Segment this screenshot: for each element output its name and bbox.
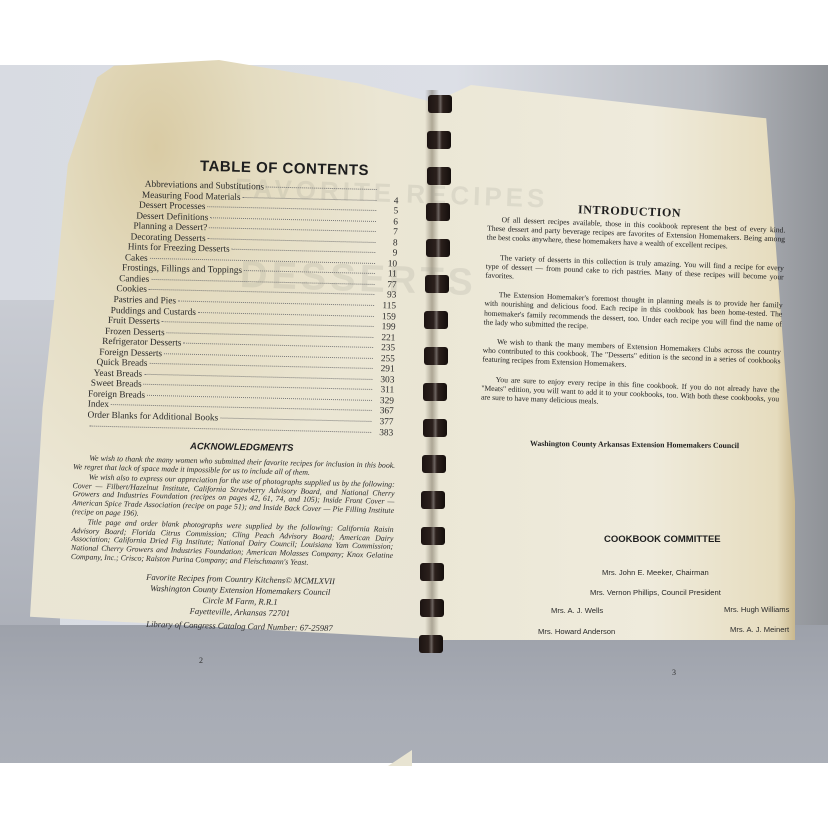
toc-leader-dots <box>144 384 372 390</box>
toc-entry-page: 9 <box>377 248 397 259</box>
spiral-coil <box>424 347 448 365</box>
ack-paragraph: We wish also to express our appreciation… <box>72 473 395 524</box>
toc-leader-dots <box>150 258 375 264</box>
toc-leader-dots <box>147 395 372 401</box>
toc-leader-dots <box>220 418 371 422</box>
paper-scrap <box>388 750 412 766</box>
intro-paragraph: The Extension Homemaker's foremost thoug… <box>484 290 783 338</box>
committee-chairman: Mrs. John E. Meeker, Chairman <box>602 568 709 577</box>
toc-leader-dots <box>164 353 373 359</box>
spiral-coil <box>420 563 444 581</box>
toc-leader-dots <box>207 206 376 211</box>
imprint: Favorite Recipes from Country Kitchens© … <box>109 571 370 635</box>
spiral-binding <box>418 95 458 695</box>
committee-president: Mrs. Vernon Phillips, Council President <box>590 588 721 597</box>
toc-leader-dots <box>149 363 372 369</box>
toc-entry-page: 6 <box>378 217 398 228</box>
toc-entry-page: 221 <box>375 333 395 344</box>
toc-leader-dots <box>243 197 377 201</box>
page-number-right: 3 <box>672 668 676 677</box>
spiral-coil <box>427 167 451 185</box>
spiral-coil <box>421 491 445 509</box>
toc-entry-page: 329 <box>374 396 394 407</box>
toc-entry-page: 10 <box>377 259 397 270</box>
toc-leader-dots <box>149 289 374 295</box>
toc-entry-label: Candies <box>119 274 149 285</box>
toc-leader-dots <box>198 312 374 317</box>
committee-title: COOKBOOK COMMITTEE <box>604 534 721 545</box>
ack-paragraph: Title page and order blank photographs w… <box>71 518 394 569</box>
toc-entry-page: 77 <box>376 280 396 291</box>
toc-leader-dots <box>266 186 377 190</box>
toc-leader-dots <box>162 321 374 327</box>
toc-entry-page: 311 <box>374 385 394 396</box>
toc-leader-dots <box>244 270 375 274</box>
spiral-coil <box>424 311 448 329</box>
spiral-coil <box>423 419 447 437</box>
toc-leader-dots <box>89 425 371 432</box>
introduction-body: Of all dessert recipes available, those … <box>480 215 785 423</box>
toc-entry-page: 383 <box>373 428 393 439</box>
toc-list: Abbreviations and SubstitutionsMeasuring… <box>87 179 399 439</box>
spiral-coil <box>421 527 445 545</box>
toc-leader-dots <box>183 343 373 348</box>
toc-leader-dots <box>144 374 372 380</box>
spiral-coil <box>423 383 447 401</box>
toc-entry-label: Index <box>88 400 109 411</box>
toc-entry-page: 115 <box>376 301 396 312</box>
intro-paragraph: The variety of desserts in this collecti… <box>485 252 784 291</box>
toc-entry-page: 93 <box>376 290 396 301</box>
toc-leader-dots <box>151 279 374 285</box>
spiral-coil <box>425 275 449 293</box>
toc-entry-page: 367 <box>374 406 394 417</box>
toc-entry-page: 199 <box>375 322 395 333</box>
toc-leader-dots <box>111 405 372 412</box>
toc-entry-page: 7 <box>378 227 398 238</box>
spiral-coil <box>426 203 450 221</box>
spiral-coil <box>419 635 443 653</box>
toc-entry-page: 291 <box>375 364 395 375</box>
acknowledgments-body: We wish to thank the many women who subm… <box>71 454 396 571</box>
toc-leader-dots <box>167 332 374 338</box>
spiral-coil <box>427 131 451 149</box>
toc-entry-page: 255 <box>375 354 395 365</box>
intro-paragraph: We wish to thank the many members of Ext… <box>482 337 781 376</box>
acknowledgments-title: ACKNOWLEDGMENTS <box>190 441 294 454</box>
committee-member: Mrs. Howard Anderson <box>538 627 615 636</box>
spiral-coil <box>428 95 452 113</box>
page-number-left: 2 <box>199 656 203 665</box>
committee-member: Mrs. Hugh Williams <box>724 605 789 614</box>
committee-member: Mrs. A. J. Wells <box>551 606 603 615</box>
toc-entry-page: 11 <box>377 269 397 280</box>
toc-entry-page: 5 <box>378 206 398 217</box>
table-surface <box>0 625 828 763</box>
toc-entry-page: 377 <box>373 417 393 428</box>
toc-entry-page: 303 <box>374 375 394 386</box>
toc-leader-dots <box>178 301 374 306</box>
toc-entry-page: 4 <box>378 196 398 207</box>
spiral-coil <box>426 239 450 257</box>
toc-entry-label: Cakes <box>125 253 148 264</box>
toc-leader-dots <box>210 217 376 222</box>
toc-leader-dots <box>208 238 376 243</box>
spiral-coil <box>420 599 444 617</box>
toc-entry-label: Cookies <box>116 285 147 296</box>
toc-entry-page: 235 <box>375 343 395 354</box>
spiral-coil <box>422 455 446 473</box>
intro-paragraph: You are sure to enjoy every recipe in th… <box>481 374 780 413</box>
committee-member: Mrs. A. J. Meinert <box>730 625 789 634</box>
toc-entry-page: 8 <box>377 238 397 249</box>
toc-entry-page: 159 <box>376 312 396 323</box>
toc-leader-dots <box>209 227 376 232</box>
toc-leader-dots <box>232 249 376 253</box>
